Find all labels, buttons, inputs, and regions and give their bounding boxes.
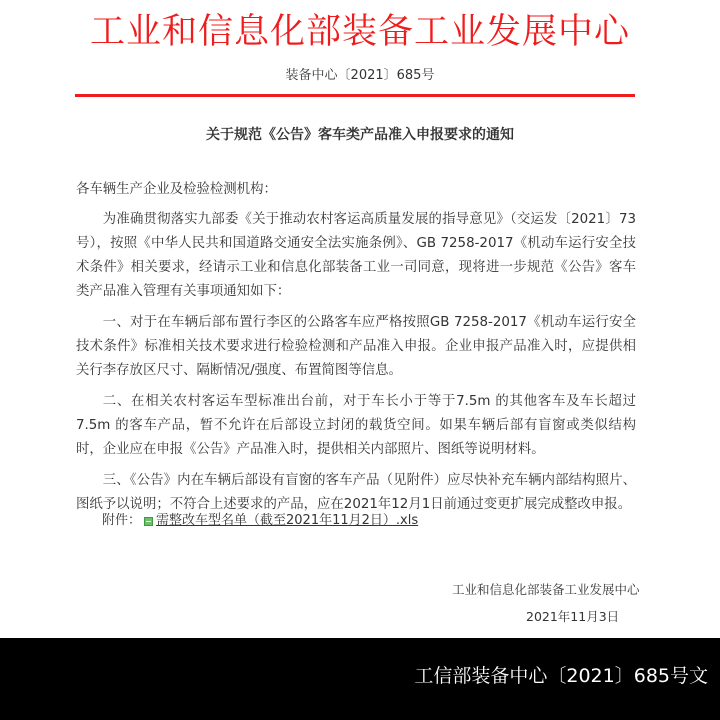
caption-text: 工信部装备中心〔2021〕685号文 xyxy=(414,662,708,690)
organization-header: 工业和信息化部装备工业发展中心 xyxy=(0,8,720,56)
notice-title: 关于规范《公告》客车类产品准入申报要求的通知 xyxy=(0,124,720,146)
paragraph-item-2: 二、在相关农村客运车型标准出台前，对于车长小于等于7.5m 的其他客车及车长超过… xyxy=(76,390,636,462)
paragraph-item-1: 一、对于在车辆后部布置行李区的公路客车应严格按照GB 7258-2017《机动车… xyxy=(76,311,636,383)
attachment-link[interactable]: 需整改车型名单（截至2021年11月2日）.xls xyxy=(156,511,418,531)
signature-issuer: 工业和信息化部装备工业发展中心 xyxy=(452,580,640,600)
document-page: 工业和信息化部装备工业发展中心 装备中心〔2021〕685号 关于规范《公告》客… xyxy=(0,0,720,638)
paragraph-intro: 为准确贯彻落实九部委《关于推动农村客运高质量发展的指导意见》（交运发〔2021〕… xyxy=(76,208,636,304)
xls-file-icon xyxy=(144,517,153,526)
paragraph-item-3: 三、《公告》内在车辆后部设有盲窗的客车产品（见附件）应尽快补充车辆内部结构照片、… xyxy=(76,469,636,517)
attachment-label: 附件： xyxy=(102,511,141,531)
red-divider xyxy=(75,94,635,97)
document-number: 装备中心〔2021〕685号 xyxy=(0,66,720,86)
notice-body: 各车辆生产企业及检验检测机构： 为准确贯彻落实九部委《关于推动农村客运高质量发展… xyxy=(76,178,636,517)
caption-band: 工信部装备中心〔2021〕685号文 xyxy=(0,638,720,720)
attachment-row: 附件： 需整改车型名单（截至2021年11月2日）.xls xyxy=(102,511,418,531)
signature-date: 2021年11月3日 xyxy=(526,607,619,627)
salutation: 各车辆生产企业及检验检测机构： xyxy=(76,178,636,202)
